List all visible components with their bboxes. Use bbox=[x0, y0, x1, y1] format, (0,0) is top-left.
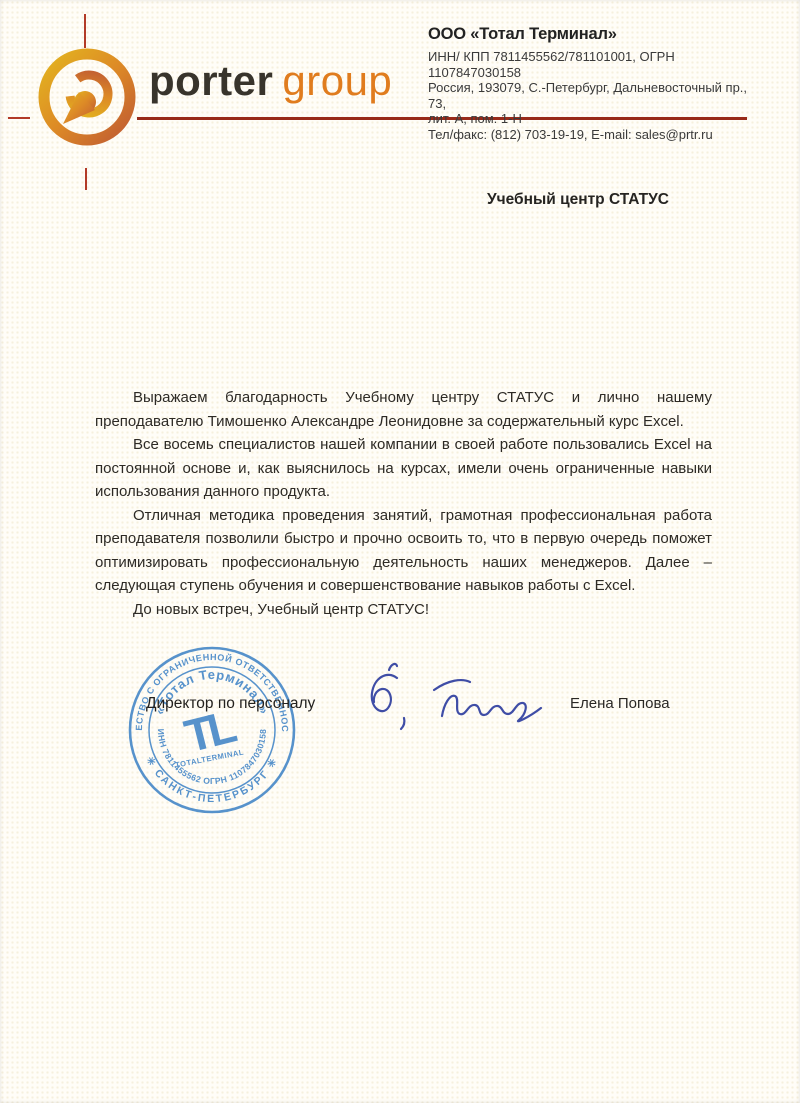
brand-word-group: group bbox=[282, 57, 392, 104]
company-stamp: ОБЩЕСТВО С ОГРАНИЧЕННОЙ ОТВЕТСТВЕННОСТЬЮ… bbox=[120, 644, 304, 816]
company-contacts: Тел/факс: (812) 703-19-19, E-mail: sales… bbox=[428, 127, 768, 143]
recipient-title: Учебный центр СТАТУС bbox=[487, 191, 669, 209]
company-requisites: ООО «Тотал Терминал» ИНН/ КПП 7811455562… bbox=[428, 25, 768, 143]
brand-word-porter: porter bbox=[149, 57, 273, 104]
porter-group-logo-icon bbox=[37, 47, 137, 147]
signer-position-title: Директор по персоналу bbox=[146, 695, 315, 713]
letter-paragraph: Выражаем благодарность Учебному центру С… bbox=[95, 386, 712, 433]
company-name: ООО «Тотал Терминал» bbox=[428, 25, 768, 44]
signer-name: Елена Попова bbox=[570, 695, 670, 712]
handwritten-signature-icon bbox=[356, 656, 561, 736]
crop-mark-left bbox=[8, 117, 30, 119]
scanned-letter-page: portergroup ООО «Тотал Терминал» ИНН/ КП… bbox=[0, 0, 800, 1103]
company-address-line1: Россия, 193079, С.-Петербург, Дальневост… bbox=[428, 80, 768, 111]
brand-wordmark: portergroup bbox=[149, 60, 392, 102]
crop-mark-bottom bbox=[85, 168, 87, 190]
company-address-line2: лит. А, пом. 1-Н bbox=[428, 111, 768, 127]
letter-body: Выражаем благодарность Учебному центру С… bbox=[95, 386, 712, 621]
company-inn-ogrn: ИНН/ КПП 7811455562/781101001, ОГРН 1107… bbox=[428, 49, 768, 80]
letter-paragraph: Все восемь специалистов нашей компании в… bbox=[95, 433, 712, 504]
letter-paragraph: До новых встреч, Учебный центр СТАТУС! bbox=[95, 598, 712, 622]
letter-paragraph: Отличная методика проведения занятий, гр… bbox=[95, 504, 712, 598]
crop-mark-top bbox=[84, 14, 86, 48]
